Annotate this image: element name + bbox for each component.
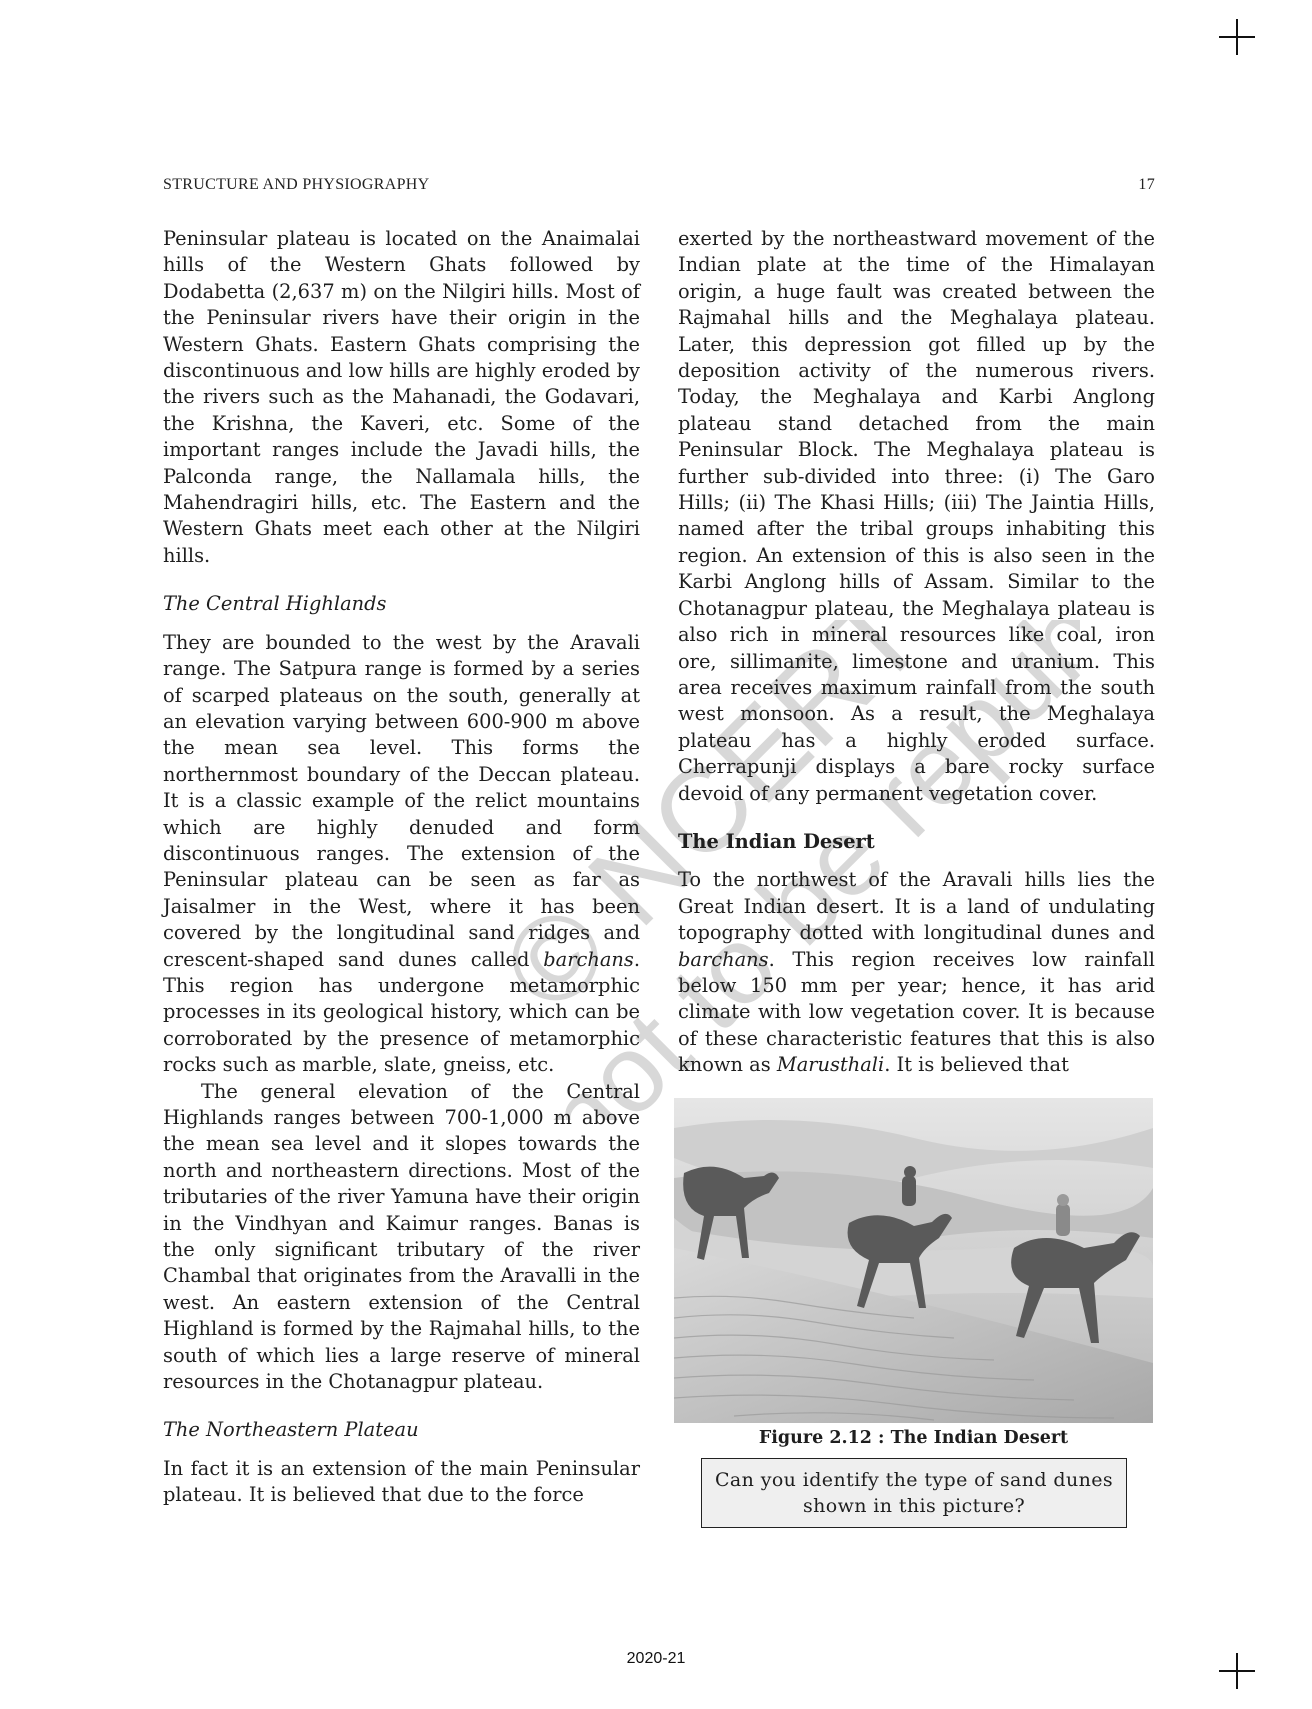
heading-central-highlands: The Central Highlands	[163, 591, 640, 617]
paragraph-northeastern-plateau: In fact it is an extension of the main P…	[163, 1456, 640, 1509]
heading-indian-desert: The Indian Desert	[678, 829, 1155, 855]
paragraph-western-ghats: Peninsular plateau is located on the Ana…	[163, 226, 640, 569]
question-line-2: shown in this picture?	[702, 1493, 1126, 1519]
desert-photo	[674, 1098, 1153, 1423]
paragraph-meghalaya: exerted by the northeastward movement of…	[678, 226, 1155, 807]
page-number: 17	[1138, 176, 1155, 194]
running-title: STRUCTURE AND PHYSIOGRAPHY	[163, 176, 430, 194]
paragraph-central-highlands: They are bounded to the west by the Arav…	[163, 630, 640, 1079]
paragraph-indian-desert: To the northwest of the Aravali hills li…	[678, 867, 1155, 1078]
left-column: Peninsular plateau is located on the Ana…	[163, 226, 640, 1509]
question-box: Can you identify the type of sand dunes …	[701, 1458, 1127, 1528]
crop-mark-top-right	[1219, 19, 1255, 55]
paragraph-central-elevation: The general elevation of the Central Hig…	[163, 1079, 640, 1396]
right-column: exerted by the northeastward movement of…	[678, 226, 1155, 1079]
figure-caption: Figure 2.12 : The Indian Desert	[674, 1428, 1153, 1448]
camel-caravan-image	[674, 1098, 1153, 1423]
question-line-1: Can you identify the type of sand dunes	[702, 1467, 1126, 1493]
footer-year: 2020-21	[0, 1650, 1312, 1668]
heading-northeastern-plateau: The Northeastern Plateau	[163, 1417, 640, 1443]
running-header: STRUCTURE AND PHYSIOGRAPHY 17	[163, 176, 1155, 194]
